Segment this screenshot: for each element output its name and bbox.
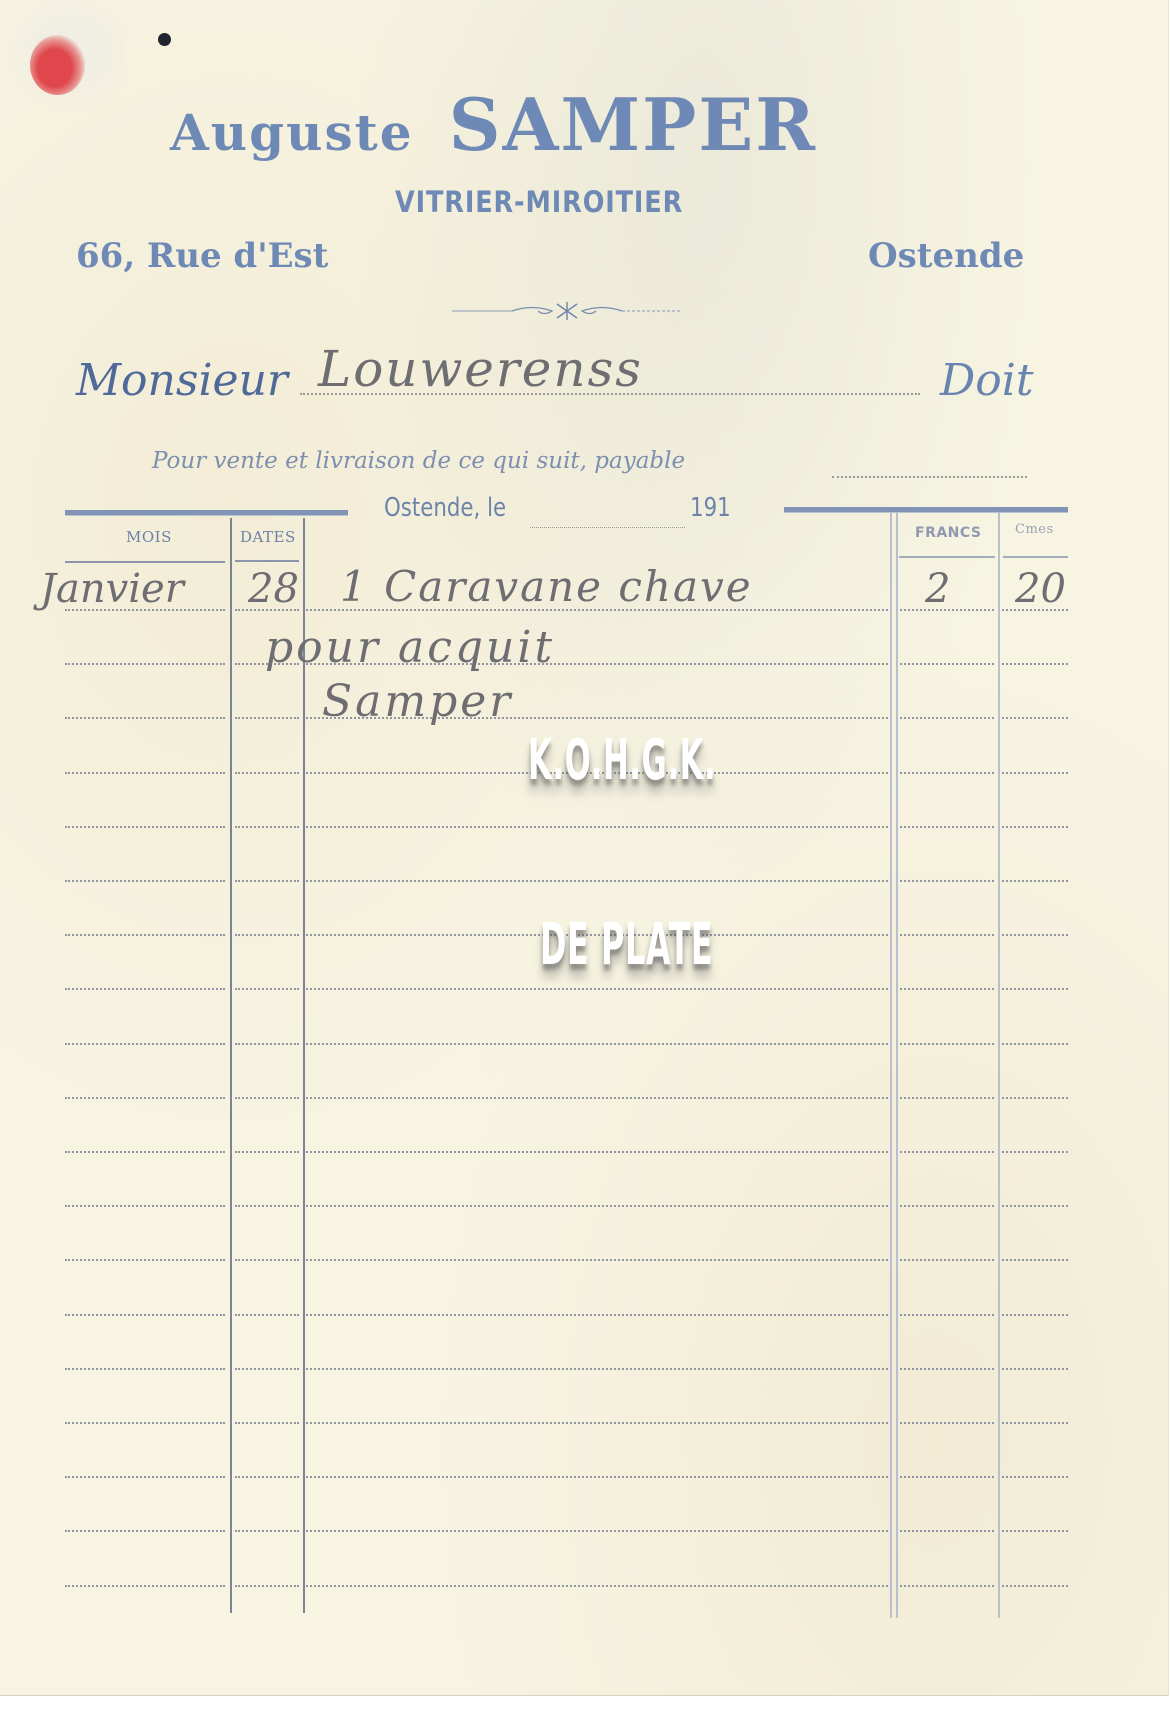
payable-dotted-line xyxy=(832,476,1027,478)
table-row-line xyxy=(900,772,994,774)
table-row-line xyxy=(1002,1043,1068,1045)
table-row-line xyxy=(65,717,225,719)
table-row-line xyxy=(235,1368,299,1370)
table-row-line xyxy=(900,988,994,990)
table-row-line xyxy=(235,1530,299,1532)
salutation-label: Monsieur xyxy=(76,355,288,406)
merchant-address: 66, Rue d'Est xyxy=(76,236,328,276)
column-header-dates: DATES xyxy=(240,528,296,546)
table-row-line xyxy=(900,1259,994,1261)
table-row-line xyxy=(1002,1476,1068,1478)
table-row-line xyxy=(235,1259,299,1261)
doit-label: Doit xyxy=(940,355,1034,406)
table-row-line xyxy=(65,1422,225,1424)
entry-description-line-2: pour acquit xyxy=(265,622,555,673)
entry-description-line-1: 1 Caravane chave xyxy=(340,562,753,611)
table-row-line xyxy=(900,1422,994,1424)
table-row-line xyxy=(900,717,994,719)
table-row-line xyxy=(65,1476,225,1478)
table-row-line xyxy=(65,1368,225,1370)
ornament-divider-icon xyxy=(452,298,682,322)
table-top-rule-right xyxy=(784,507,1068,513)
entry-month: Janvier xyxy=(40,566,184,612)
entry-francs: 2 xyxy=(925,566,950,612)
table-row-line xyxy=(900,934,994,936)
header-underline-dates xyxy=(235,560,299,562)
customer-name-handwritten: Louwerenss xyxy=(318,340,643,398)
table-row-line xyxy=(306,1585,888,1587)
merchant-city: Ostende xyxy=(868,236,1024,276)
table-row-line xyxy=(235,934,299,936)
table-row-line xyxy=(65,1043,225,1045)
punch-hole-icon xyxy=(158,33,171,46)
table-row-line xyxy=(900,1368,994,1370)
table-row-line xyxy=(235,1097,299,1099)
table-row-line xyxy=(900,1585,994,1587)
table-row-line xyxy=(235,1043,299,1045)
table-row-line xyxy=(900,1151,994,1153)
table-row-line xyxy=(1002,1314,1068,1316)
table-row-line xyxy=(65,1530,225,1532)
table-row-line xyxy=(900,1530,994,1532)
table-row-line xyxy=(235,1151,299,1153)
table-row-line xyxy=(235,880,299,882)
table-row-line xyxy=(1002,988,1068,990)
column-divider-francs-centimes xyxy=(998,513,1000,1618)
invoice-paper: Auguste SAMPER VITRIER-MIROITIER 66, Rue… xyxy=(0,0,1169,1696)
table-row-line xyxy=(306,1422,888,1424)
column-header-mois: MOIS xyxy=(126,528,172,546)
year-prefix: 191 xyxy=(690,493,731,523)
table-row-line xyxy=(1002,1422,1068,1424)
table-row-line xyxy=(306,1314,888,1316)
table-row-line xyxy=(306,1368,888,1370)
table-row-line xyxy=(235,772,299,774)
column-divider-mois-dates xyxy=(230,518,232,1613)
merchant-trade: VITRIER-MIROITIER xyxy=(395,185,683,219)
table-row-line xyxy=(306,988,888,990)
table-row-line xyxy=(900,880,994,882)
customer-name-dotted-line xyxy=(300,393,920,395)
table-row-line xyxy=(235,1205,299,1207)
table-row-line xyxy=(900,1476,994,1478)
table-row-line xyxy=(900,1314,994,1316)
table-row-line xyxy=(235,1314,299,1316)
table-row-line xyxy=(1002,1097,1068,1099)
table-row-line xyxy=(235,1585,299,1587)
table-row-line xyxy=(235,1476,299,1478)
table-row-line xyxy=(1002,1205,1068,1207)
table-row-line xyxy=(65,663,225,665)
table-row-line xyxy=(306,1043,888,1045)
table-row-line xyxy=(306,880,888,882)
header-underline-francs xyxy=(899,556,995,558)
table-row-line xyxy=(65,880,225,882)
table-row-line xyxy=(306,1097,888,1099)
column-divider-dates-description xyxy=(303,518,305,1613)
entry-date: 28 xyxy=(248,566,299,612)
table-row-line xyxy=(65,826,225,828)
red-wax-seal-icon xyxy=(30,35,85,95)
table-row-line xyxy=(65,1585,225,1587)
header-underline-centimes xyxy=(1003,556,1068,558)
table-row-line xyxy=(306,1259,888,1261)
table-row-line xyxy=(1002,880,1068,882)
table-row-line xyxy=(65,934,225,936)
watermark-line-2: DE PLATE xyxy=(540,910,713,978)
column-divider-description-francs-b xyxy=(896,513,898,1618)
table-row-line xyxy=(65,772,225,774)
table-row-line xyxy=(306,1530,888,1532)
terms-text: Pour vente et livraison de ce qui suit, … xyxy=(152,448,685,474)
table-row-line xyxy=(1002,1259,1068,1261)
table-top-rule-left xyxy=(65,510,348,516)
table-row-line xyxy=(1002,1151,1068,1153)
table-row-line xyxy=(65,1259,225,1261)
table-row-line xyxy=(65,1097,225,1099)
table-row-line xyxy=(900,1043,994,1045)
column-divider-description-francs-a xyxy=(890,513,892,1618)
header-underline-mois xyxy=(65,561,225,563)
table-row-line xyxy=(900,1205,994,1207)
table-row-line xyxy=(900,663,994,665)
table-row-line xyxy=(306,1205,888,1207)
table-row-line xyxy=(1002,717,1068,719)
table-row-line xyxy=(306,1476,888,1478)
table-row-line xyxy=(1002,663,1068,665)
table-row-line xyxy=(306,1151,888,1153)
table-row-line xyxy=(1002,826,1068,828)
table-row-line xyxy=(235,988,299,990)
table-row-line xyxy=(235,1422,299,1424)
table-row-line xyxy=(900,1097,994,1099)
entry-centimes: 20 xyxy=(1015,566,1066,612)
table-row-line xyxy=(1002,1585,1068,1587)
table-row-line xyxy=(306,826,888,828)
table-row-line xyxy=(65,1205,225,1207)
table-row-line xyxy=(1002,772,1068,774)
table-row-line xyxy=(65,1151,225,1153)
merchant-name: Auguste SAMPER xyxy=(170,82,1000,167)
column-header-centimes: Cmes xyxy=(1015,522,1054,537)
table-row-line xyxy=(235,717,299,719)
place-date-label: Ostende, le xyxy=(384,493,506,523)
table-row-line xyxy=(65,988,225,990)
merchant-first-name: Auguste xyxy=(170,103,414,162)
table-row-line xyxy=(1002,1530,1068,1532)
table-row-line xyxy=(900,826,994,828)
watermark-line-1: K.O.H.G.K. xyxy=(528,728,716,793)
table-row-line xyxy=(235,826,299,828)
table-row-line xyxy=(1002,1368,1068,1370)
column-header-francs: FRANCS xyxy=(915,525,982,541)
entry-description-line-3: Samper xyxy=(322,676,513,727)
date-dotted-line xyxy=(530,527,685,528)
table-row-line xyxy=(1002,934,1068,936)
table-row-line xyxy=(65,1314,225,1316)
merchant-last-name: SAMPER xyxy=(449,82,817,167)
